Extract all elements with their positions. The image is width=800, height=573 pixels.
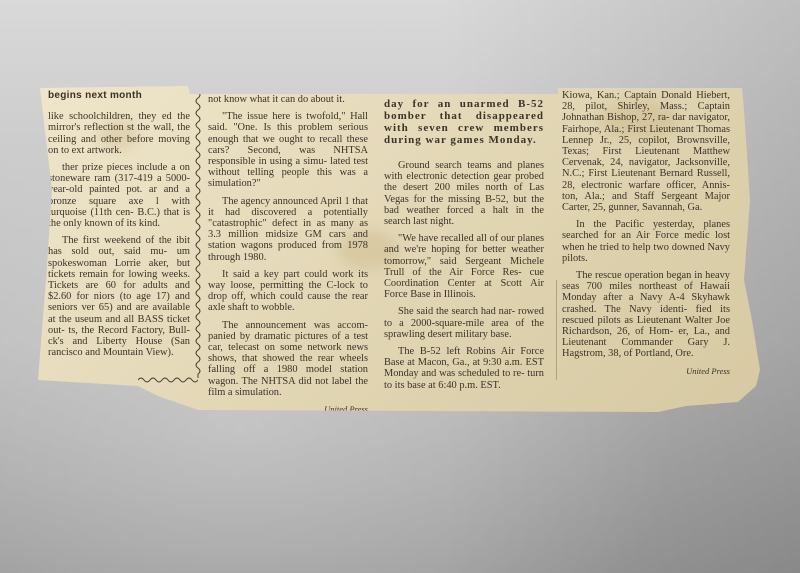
paragraph: The agency announced April 1 that it had… <box>208 196 368 263</box>
paragraph: ther prize pieces include a on stoneware… <box>48 162 190 229</box>
bold-lead-paragraph: day for an unarmed B-52 bomber that disa… <box>384 98 544 146</box>
paragraph: like schoolchildren, they ed the mirror'… <box>48 111 190 156</box>
article-column-exhibit: begins next month like schoolchildren, t… <box>48 90 190 364</box>
paragraph: She said the search had nar- rowed to a … <box>384 306 544 340</box>
paragraph: It said a key part could work its way lo… <box>208 269 368 314</box>
article-column-crew: Kiowa, Kan.; Captain Donald Hiebert, 28,… <box>562 90 730 377</box>
paragraph: The first weekend of the ibit has sold o… <box>48 235 190 358</box>
paragraph: The rescue operation began in heavy seas… <box>562 270 730 360</box>
wavy-border-bottom <box>138 376 198 384</box>
paragraph: In the Pacific yesterday, planes searche… <box>562 219 730 264</box>
article-column-b52: day for an unarmed B-52 bomber that disa… <box>384 98 544 397</box>
column-headline: begins next month <box>48 90 190 101</box>
paragraph: Ground search teams and planes with elec… <box>384 160 544 227</box>
article-column-nhtsa: not know what it can do about it. "The i… <box>208 94 368 415</box>
paragraph: "We have recalled all of our planes and … <box>384 233 544 300</box>
wavy-border-divider <box>194 92 202 378</box>
wire-credit: United Press <box>562 366 730 377</box>
newspaper-clipping: begins next month like schoolchildren, t… <box>38 80 760 416</box>
column-rule <box>556 280 557 380</box>
paragraph: The announcement was accom- panied by dr… <box>208 320 368 398</box>
paragraph: not know what it can do about it. <box>208 94 368 105</box>
paragraph: Kiowa, Kan.; Captain Donald Hiebert, 28,… <box>562 90 730 213</box>
paragraph: The B-52 left Robins Air Force Base at M… <box>384 346 544 391</box>
paragraph: "The issue here is twofold," Hall said. … <box>208 111 368 189</box>
